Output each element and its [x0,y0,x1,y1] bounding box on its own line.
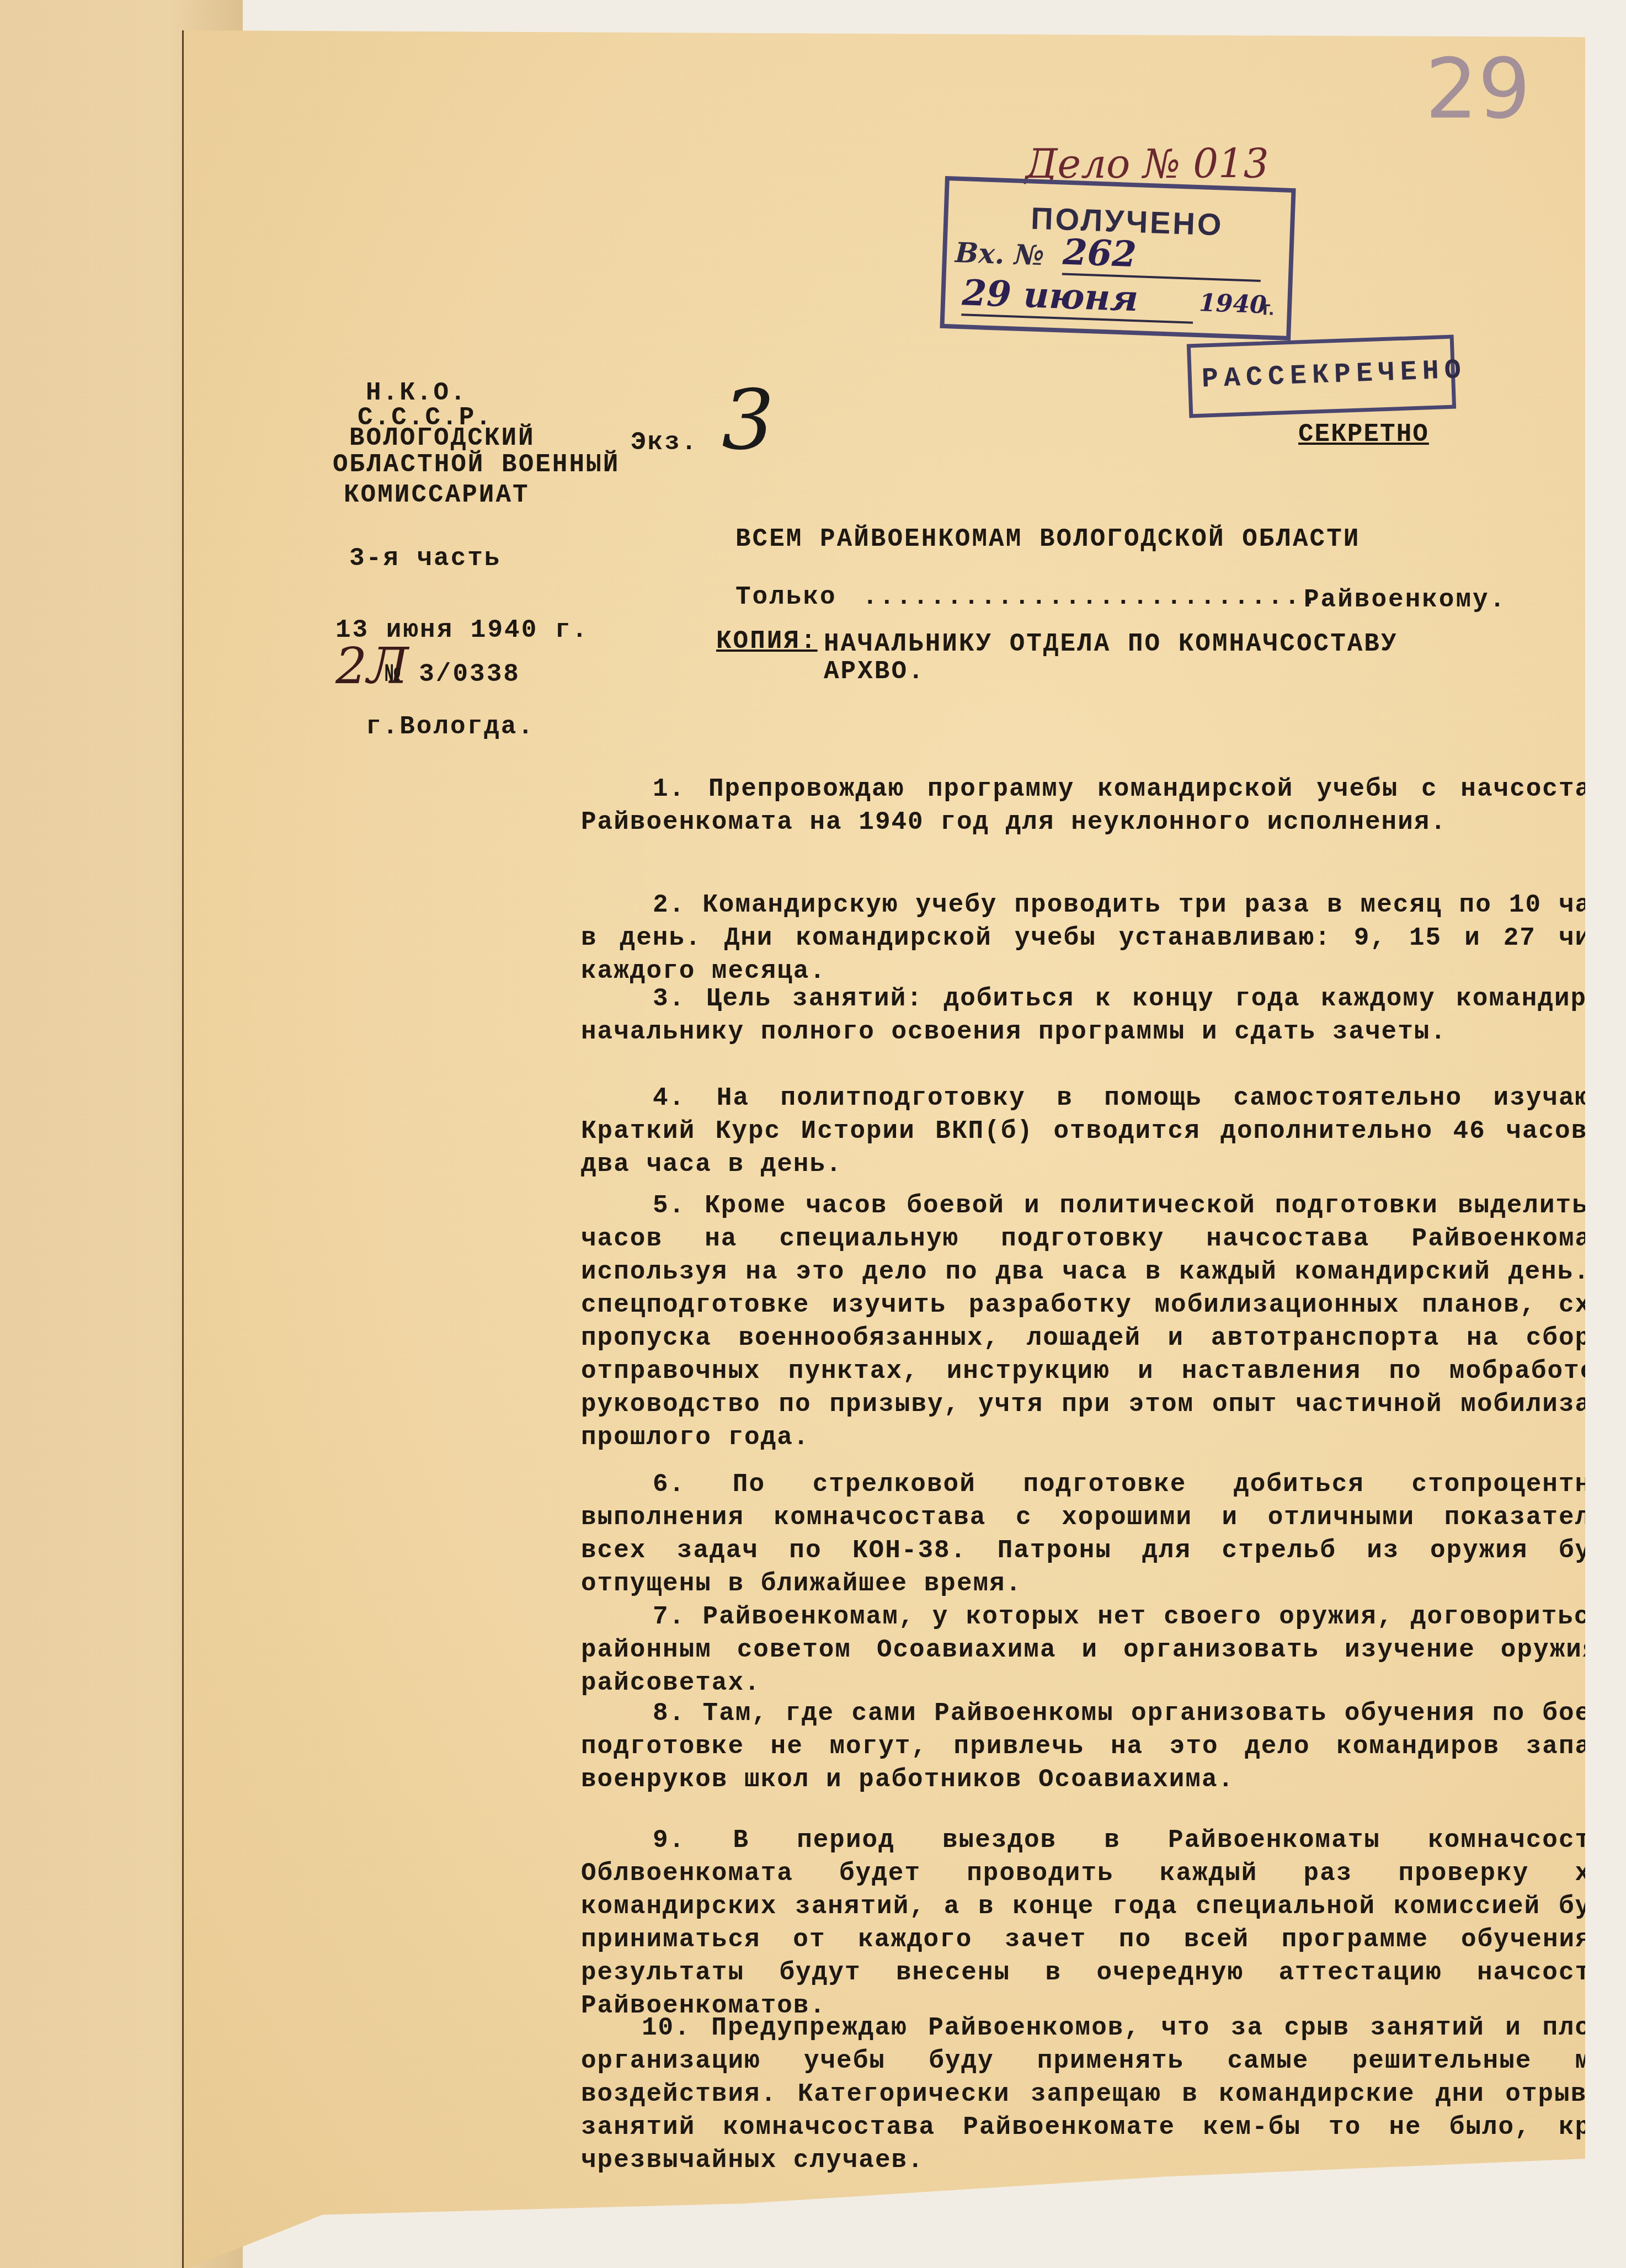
department: 3-я часть [349,544,501,573]
paragraph-number: 7. [581,1602,685,1631]
addressee-main: ВСЕМ РАЙВОЕНКОМАМ ВОЛОГОДСКОЙ ОБЛАСТИ [735,524,1360,554]
declassified-stamp: РАССЕКРЕЧЕНО [1187,335,1456,418]
incoming-label: Вх. № [955,236,1044,272]
paragraph-number: 9. [581,1826,685,1855]
paragraph-7: 7. Райвоенкомам, у которых нет своего ор… [581,1600,1626,1700]
copy-number: 3 [722,372,774,468]
copy-prefix: КОПИЯ: [716,626,818,656]
paragraph-number: 4. [581,1084,685,1112]
paragraph-number: 6. [581,1470,685,1499]
secret-mark: СЕКРЕТНО [1298,419,1429,449]
declassified-text: РАССЕКРЕЧЕНО [1201,355,1467,396]
paragraph-text: Кроме часов боевой и политической подгот… [581,1191,1626,1452]
paragraph-9: 9. В период выездов в Райвоенкоматы комн… [581,1824,1626,2022]
page-number: 29 [1425,41,1531,137]
document-page: 29 Дело № 013 ПОЛУЧЕНО Вх. № 262 29 июня… [182,30,1585,2268]
paragraph-text: Предупреждаю Райвоенкомов, что за срыв з… [581,2014,1626,2175]
received-stamp: ПОЛУЧЕНО Вх. № 262 29 июня 1940 г. [940,176,1296,340]
paragraph-text: Райвоенкомам, у которых нет своего оружи… [581,1602,1626,1697]
paragraph-number: 10. [581,2014,691,2042]
received-date: 29 июня [961,272,1195,324]
paragraph-number: 8. [581,1699,685,1728]
incoming-number: 262 [1062,232,1262,283]
paragraph-text: Там, где сами Райвоенкомы организовать о… [581,1699,1626,1794]
paragraph-text: По стрелковой подготовке добиться стопро… [581,1470,1626,1598]
paragraph-text: На политподготовку в помощь самостоятель… [581,1084,1626,1179]
paragraph-3: 3. Цель занятий: добиться к концу года к… [581,982,1626,1048]
org-line-oblast: ОБЛАСТНОЙ ВОЕННЫЙ [333,450,620,480]
org-line-commissariat: КОМИССАРИАТ [344,480,530,510]
paragraph-8: 8. Там, где сами Райвоенкомы организоват… [581,1697,1626,1796]
org-line-vologda: ВОЛОГОДСКИЙ [349,423,535,453]
received-year: 1940 [1198,289,1267,319]
paragraph-5: 5. Кроме часов боевой и политической под… [581,1189,1626,1454]
paragraph-1: 1. Препровождаю программу командирской у… [581,773,1626,839]
paragraph-number: 2. [581,891,685,919]
addressee-only-suffix: Райвоенкому. [1304,585,1506,615]
paragraph-text: Препровождаю программу командирской учеб… [581,775,1626,837]
year-suffix: г. [1262,296,1275,320]
document-number: № 3/0338 [385,659,520,689]
paragraph-4: 4. На политподготовку в помощь самостоят… [581,1082,1626,1181]
addressee-dots: ........................... [862,582,1318,612]
paragraph-number: 3. [581,984,685,1013]
paragraph-text: Командирскую учебу проводить три раза в … [581,891,1626,986]
addressee-only-prefix: Только [735,582,837,612]
paragraph-2: 2. Командирскую учебу проводить три раза… [581,888,1626,988]
paragraph-text: Цель занятий: добиться к концу года кажд… [581,984,1626,1046]
copy-recipient-line1: НАЧАЛЬНИКУ ОТДЕЛА ПО КОМНАЧСОСТАВУ [824,629,1398,659]
paragraph-6: 6. По стрелковой подготовке добиться сто… [581,1468,1626,1600]
paragraph-number: 1. [581,775,685,803]
paragraph-10: 10. Предупреждаю Райвоенкомов, что за ср… [581,2011,1626,2177]
copy-label: Экз. [631,428,698,457]
copy-recipient-line2: АРХВО. [824,657,925,686]
paragraph-text: В период выездов в Райвоенкоматы комначс… [581,1826,1626,2020]
city: г.Вологда. [366,712,535,742]
paragraph-number: 5. [581,1191,685,1220]
